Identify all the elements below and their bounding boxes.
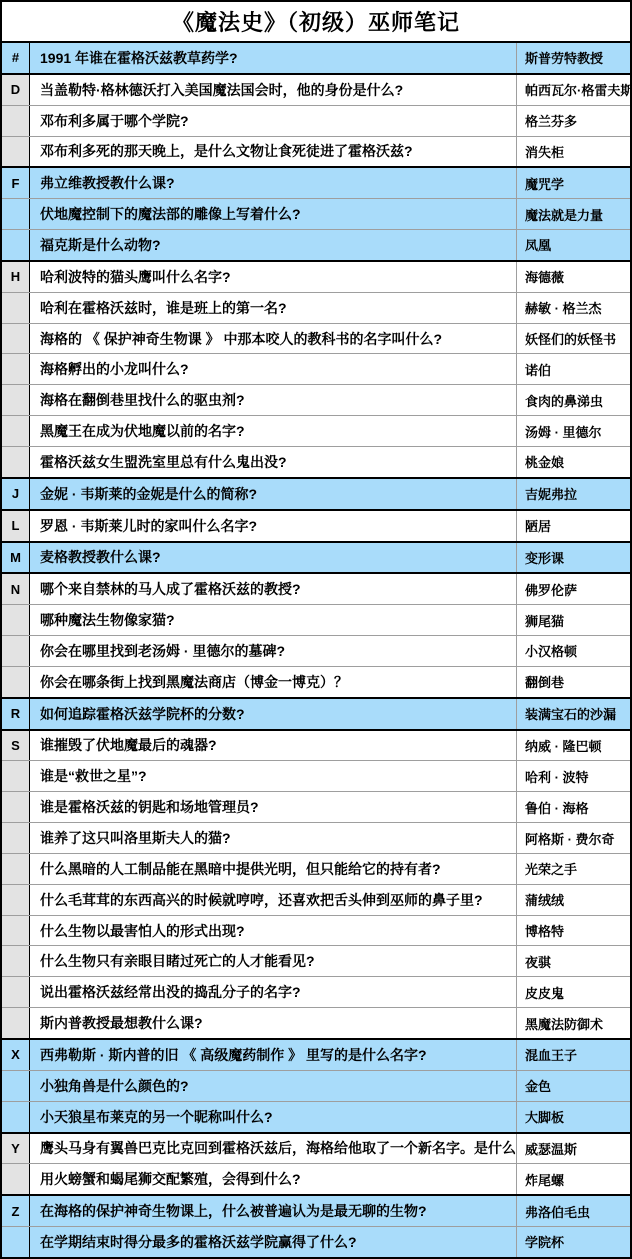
row-letter [2,885,30,915]
answer-cell: 狮尾猫 [517,605,630,635]
table-body: #1991 年谁在霍格沃兹教草药学?斯普劳特教授D当盖勒特·格林德沃打入美国魔法… [2,43,630,1257]
question-cell: 哈利波特的猫头鹰叫什么名字? [30,262,517,292]
table-row: H哈利波特的猫头鹰叫什么名字?海德薇 [2,260,630,292]
question-cell: 霍格沃兹女生盟洗室里总有什么鬼出没? [30,447,517,477]
row-letter [2,1102,30,1132]
answer-cell: 消失柜 [517,137,630,167]
question-cell: 金妮 · 韦斯莱的金妮是什么的简称? [30,479,517,509]
table-row: M麦格教授教什么课?变形课 [2,541,630,573]
table-row: 什么黑暗的人工制品能在黑暗中提供光明，但只能给它的持有者?光荣之手 [2,853,630,884]
table-row: 黑魔王在成为伏地魔以前的名字?汤姆 · 里德尔 [2,415,630,446]
question-cell: 海格孵出的小龙叫什么? [30,354,517,384]
answer-cell: 妖怪们的妖怪书 [517,324,630,354]
answer-cell: 炸尾螺 [517,1164,630,1194]
row-letter: # [2,43,30,73]
row-letter [2,916,30,946]
answer-cell: 大脚板 [517,1102,630,1132]
row-letter [2,106,30,136]
row-letter: Z [2,1196,30,1226]
question-cell: 斯内普教授最想教什么课? [30,1008,517,1038]
question-cell: 用火螃蟹和蝎尾狮交配繁殖，会得到什么? [30,1164,517,1194]
answer-cell: 黑魔法防御术 [517,1008,630,1038]
answer-cell: 装满宝石的沙漏 [517,699,630,729]
row-letter: L [2,511,30,541]
question-cell: 小天狼星布莱克的另一个昵称叫什么? [30,1102,517,1132]
row-letter: S [2,731,30,761]
answer-cell: 小汉格顿 [517,636,630,666]
table-row: R如何追踪霍格沃兹学院杯的分数?装满宝石的沙漏 [2,697,630,729]
row-letter [2,137,30,167]
answer-cell: 诺伯 [517,354,630,384]
question-cell: 什么生物以最害怕人的形式出现? [30,916,517,946]
row-letter [2,1008,30,1038]
answer-cell: 威瑟温斯 [517,1134,630,1164]
table-row: 海格孵出的小龙叫什么?诺伯 [2,353,630,384]
answer-cell: 皮皮鬼 [517,977,630,1007]
table-row: 福克斯是什么动物?凤凰 [2,229,630,260]
question-cell: 什么毛茸茸的东西高兴的时候就哼哼，还喜欢把舌头伸到巫师的鼻子里? [30,885,517,915]
answer-cell: 学院杯 [517,1227,630,1257]
table-row: D当盖勒特·格林德沃打入美国魔法国会时，他的身份是什么?帕西瓦尔·格雷夫斯 [2,73,630,105]
table-row: X西弗勒斯 · 斯内普的旧 《 高级魔药制作 》 里写的是什么名字?混血王子 [2,1038,630,1070]
question-cell: 哪种魔法生物像家猫? [30,605,517,635]
row-letter: J [2,479,30,509]
answer-cell: 陋居 [517,511,630,541]
question-cell: 邓布利多死的那天晚上，是什么文物让食死徒进了霍格沃兹? [30,137,517,167]
row-letter: Y [2,1134,30,1164]
row-letter: M [2,543,30,573]
question-cell: 你会在哪里找到老汤姆 · 里德尔的墓碑? [30,636,517,666]
answer-cell: 金色 [517,1071,630,1101]
answer-cell: 翻倒巷 [517,667,630,697]
row-letter: D [2,75,30,105]
row-letter [2,447,30,477]
table-row: 谁养了这只叫洛里斯夫人的猫?阿格斯 · 费尔奇 [2,822,630,853]
table-row: 海格在翻倒巷里找什么的驱虫剂?食肉的鼻涕虫 [2,384,630,415]
table-row: Y鹰头马身有翼兽巴克比克回到霍格沃兹后，海格给他取了一个新名字。是什么?威瑟温斯 [2,1132,630,1164]
table-row: 谁是霍格沃兹的钥匙和场地管理员?鲁伯 · 海格 [2,791,630,822]
answer-cell: 光荣之手 [517,854,630,884]
question-cell: 西弗勒斯 · 斯内普的旧 《 高级魔药制作 》 里写的是什么名字? [30,1040,517,1070]
table-row: 什么生物只有亲眼目睹过死亡的人才能看见?夜骐 [2,945,630,976]
answer-cell: 混血王子 [517,1040,630,1070]
table-row: N哪个来自禁林的马人成了霍格沃兹的教授?佛罗伦萨 [2,572,630,604]
question-cell: 谁是“救世之星”? [30,761,517,791]
row-letter: F [2,168,30,198]
table-row: 在学期结束时得分最多的霍格沃兹学院赢得了什么?学院杯 [2,1226,630,1257]
row-letter [2,230,30,260]
row-letter [2,354,30,384]
row-letter [2,1164,30,1194]
answer-cell: 斯普劳特教授 [517,43,630,73]
table-row: L罗恩 · 韦斯莱儿时的家叫什么名字?陋居 [2,509,630,541]
question-cell: 你会在哪条街上找到黑魔法商店（博金一博克）？ [30,667,517,697]
answer-cell: 纳威 · 隆巴顿 [517,731,630,761]
question-cell: 什么黑暗的人工制品能在黑暗中提供光明，但只能给它的持有者? [30,854,517,884]
question-cell: 说出霍格沃兹经常出没的捣乱分子的名字? [30,977,517,1007]
row-letter [2,1227,30,1257]
row-letter [2,416,30,446]
answer-cell: 魔法就是力量 [517,199,630,229]
answer-cell: 变形课 [517,543,630,573]
row-letter [2,823,30,853]
question-cell: 哈利在霍格沃兹时，谁是班上的第一名? [30,293,517,323]
table-row: 你会在哪条街上找到黑魔法商店（博金一博克）？翻倒巷 [2,666,630,697]
row-letter: R [2,699,30,729]
answer-cell: 食肉的鼻涕虫 [517,385,630,415]
question-cell: 谁是霍格沃兹的钥匙和场地管理员? [30,792,517,822]
row-letter [2,293,30,323]
question-cell: 海格的 《 保护神奇生物课 》 中那本咬人的教科书的名字叫什么? [30,324,517,354]
row-letter [2,761,30,791]
question-cell: 1991 年谁在霍格沃兹教草药学? [30,43,517,73]
table-row: J金妮 · 韦斯莱的金妮是什么的简称?吉妮弗拉 [2,477,630,509]
answer-cell: 汤姆 · 里德尔 [517,416,630,446]
quiz-table: 《魔法史》（初级）巫师笔记 #1991 年谁在霍格沃兹教草药学?斯普劳特教授D当… [0,0,632,1259]
answer-cell: 凤凰 [517,230,630,260]
question-cell: 什么生物只有亲眼目睹过死亡的人才能看见? [30,946,517,976]
page-title: 《魔法史》（初级）巫师笔记 [2,2,630,43]
table-row: 小天狼星布莱克的另一个昵称叫什么?大脚板 [2,1101,630,1132]
answer-cell: 弗洛伯毛虫 [517,1196,630,1226]
table-row: 斯内普教授最想教什么课?黑魔法防御术 [2,1007,630,1038]
row-letter [2,1071,30,1101]
table-row: 邓布利多属于哪个学院?格兰芬多 [2,105,630,136]
question-cell: 罗恩 · 韦斯莱儿时的家叫什么名字? [30,511,517,541]
question-cell: 伏地魔控制下的魔法部的雕像上写着什么? [30,199,517,229]
question-cell: 谁养了这只叫洛里斯夫人的猫? [30,823,517,853]
question-cell: 弗立维教授教什么课? [30,168,517,198]
table-row: 说出霍格沃兹经常出没的捣乱分子的名字?皮皮鬼 [2,976,630,1007]
row-letter: N [2,574,30,604]
answer-cell: 佛罗伦萨 [517,574,630,604]
row-letter [2,636,30,666]
table-row: 谁是“救世之星”?哈利 · 波特 [2,760,630,791]
answer-cell: 格兰芬多 [517,106,630,136]
row-letter [2,667,30,697]
table-row: 什么毛茸茸的东西高兴的时候就哼哼，还喜欢把舌头伸到巫师的鼻子里?蒲绒绒 [2,884,630,915]
question-cell: 谁摧毁了伏地魔最后的魂器? [30,731,517,761]
question-cell: 如何追踪霍格沃兹学院杯的分数? [30,699,517,729]
answer-cell: 桃金娘 [517,447,630,477]
table-row: 邓布利多死的那天晚上，是什么文物让食死徒进了霍格沃兹?消失柜 [2,136,630,167]
table-row: 用火螃蟹和蝎尾狮交配繁殖，会得到什么?炸尾螺 [2,1163,630,1194]
row-letter [2,854,30,884]
table-row: 你会在哪里找到老汤姆 · 里德尔的墓碑?小汉格顿 [2,635,630,666]
question-cell: 小独角兽是什么颜色的? [30,1071,517,1101]
answer-cell: 博格特 [517,916,630,946]
table-row: 海格的 《 保护神奇生物课 》 中那本咬人的教科书的名字叫什么?妖怪们的妖怪书 [2,323,630,354]
question-cell: 麦格教授教什么课? [30,543,517,573]
question-cell: 在学期结束时得分最多的霍格沃兹学院赢得了什么? [30,1227,517,1257]
table-row: 哈利在霍格沃兹时，谁是班上的第一名?赫敏 · 格兰杰 [2,292,630,323]
answer-cell: 帕西瓦尔·格雷夫斯 [517,75,630,105]
answer-cell: 蒲绒绒 [517,885,630,915]
row-letter [2,946,30,976]
answer-cell: 鲁伯 · 海格 [517,792,630,822]
table-row: F弗立维教授教什么课?魔咒学 [2,166,630,198]
question-cell: 邓布利多属于哪个学院? [30,106,517,136]
answer-cell: 吉妮弗拉 [517,479,630,509]
row-letter [2,324,30,354]
row-letter [2,605,30,635]
question-cell: 鹰头马身有翼兽巴克比克回到霍格沃兹后，海格给他取了一个新名字。是什么? [30,1134,517,1164]
table-row: 伏地魔控制下的魔法部的雕像上写着什么?魔法就是力量 [2,198,630,229]
table-row: S谁摧毁了伏地魔最后的魂器?纳威 · 隆巴顿 [2,729,630,761]
question-cell: 哪个来自禁林的马人成了霍格沃兹的教授? [30,574,517,604]
question-cell: 在海格的保护神奇生物课上，什么被普遍认为是最无聊的生物? [30,1196,517,1226]
row-letter [2,792,30,822]
question-cell: 海格在翻倒巷里找什么的驱虫剂? [30,385,517,415]
answer-cell: 夜骐 [517,946,630,976]
answer-cell: 赫敏 · 格兰杰 [517,293,630,323]
table-row: 小独角兽是什么颜色的?金色 [2,1070,630,1101]
row-letter [2,385,30,415]
table-row: Z在海格的保护神奇生物课上，什么被普遍认为是最无聊的生物?弗洛伯毛虫 [2,1194,630,1226]
answer-cell: 阿格斯 · 费尔奇 [517,823,630,853]
row-letter: H [2,262,30,292]
question-cell: 黑魔王在成为伏地魔以前的名字? [30,416,517,446]
answer-cell: 哈利 · 波特 [517,761,630,791]
table-row: 霍格沃兹女生盟洗室里总有什么鬼出没?桃金娘 [2,446,630,477]
answer-cell: 魔咒学 [517,168,630,198]
table-row: 什么生物以最害怕人的形式出现?博格特 [2,915,630,946]
row-letter [2,977,30,1007]
answer-cell: 海德薇 [517,262,630,292]
row-letter [2,199,30,229]
table-row: 哪种魔法生物像家猫?狮尾猫 [2,604,630,635]
table-row: #1991 年谁在霍格沃兹教草药学?斯普劳特教授 [2,43,630,73]
question-cell: 福克斯是什么动物? [30,230,517,260]
question-cell: 当盖勒特·格林德沃打入美国魔法国会时，他的身份是什么? [30,75,517,105]
row-letter: X [2,1040,30,1070]
